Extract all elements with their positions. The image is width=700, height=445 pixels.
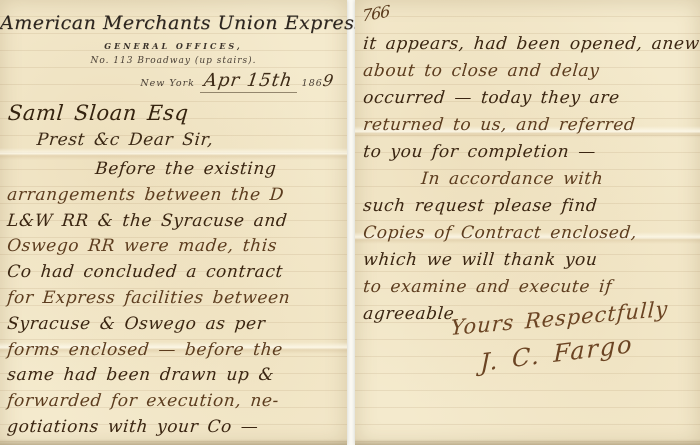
handwritten-line: Oswego RR were made, this xyxy=(6,234,346,260)
letter-page-1: American Merchants Union Express Co. GEN… xyxy=(0,0,347,445)
handwritten-line: forwarded for execution, ne- xyxy=(6,389,346,415)
letter-body-page-1: Before the existing arrangements between… xyxy=(6,157,344,441)
address-line: No. 113 Broadway (up stairs). xyxy=(0,56,347,66)
general-offices-line: GENERAL OFFICES, xyxy=(0,41,347,51)
printed-year: 186 xyxy=(302,78,323,89)
handwritten-line: returned to us, and referred xyxy=(362,112,700,139)
date-rule: Apr 15th xyxy=(200,70,297,93)
company-name: American Merchants Union Express Co. xyxy=(0,12,347,34)
letter-page-2: 766 it appears, had been opened, anew ab… xyxy=(355,0,700,445)
handwritten-line: same had been drawn up & xyxy=(6,363,346,389)
letter-body-page-2: it appears, had been opened, anew about … xyxy=(362,31,698,328)
handwritten-line: such request please find xyxy=(362,193,700,220)
handwritten-line: it appears, had been opened, anew xyxy=(362,31,700,58)
handwritten-line: about to close and delay xyxy=(362,58,700,85)
handwritten-line: L&W RR & the Syracuse and xyxy=(6,209,346,235)
letterhead: American Merchants Union Express Co. GEN… xyxy=(0,0,347,93)
handwritten-line: forms enclosed — before the xyxy=(6,338,346,364)
recipient-line: Saml Sloan Esq xyxy=(7,101,190,125)
handwritten-line: arrangements between the D xyxy=(6,183,346,209)
handwritten-line: which we will thank you xyxy=(362,247,700,274)
handwritten-line: Before the existing xyxy=(6,157,346,183)
handwritten-date: Apr 15th xyxy=(203,70,295,91)
date-line: New York Apr 15th 1869 xyxy=(0,70,347,93)
handwritten-line: for Express facilities between xyxy=(6,286,346,312)
signature: J. C. Fargo xyxy=(480,330,634,377)
handwritten-line: occurred — today they are xyxy=(362,85,700,112)
handwritten-line: Co had concluded a contract xyxy=(6,260,346,286)
handwritten-line: to examine and execute if xyxy=(362,274,700,301)
salutation-line: Prest &c Dear Sir, xyxy=(36,130,214,150)
handwritten-line: In accordance with xyxy=(362,166,700,193)
handwritten-line: to you for completion — xyxy=(362,139,700,166)
place-printed: New York xyxy=(140,78,195,89)
handwritten-line: gotiations with your Co — xyxy=(6,415,346,441)
page-notation: 766 xyxy=(362,1,389,25)
handwritten-line: Copies of Contract enclosed, xyxy=(362,220,700,247)
handwritten-line: Syracuse & Oswego as per xyxy=(6,312,346,338)
handwritten-year-digit: 9 xyxy=(321,71,334,90)
